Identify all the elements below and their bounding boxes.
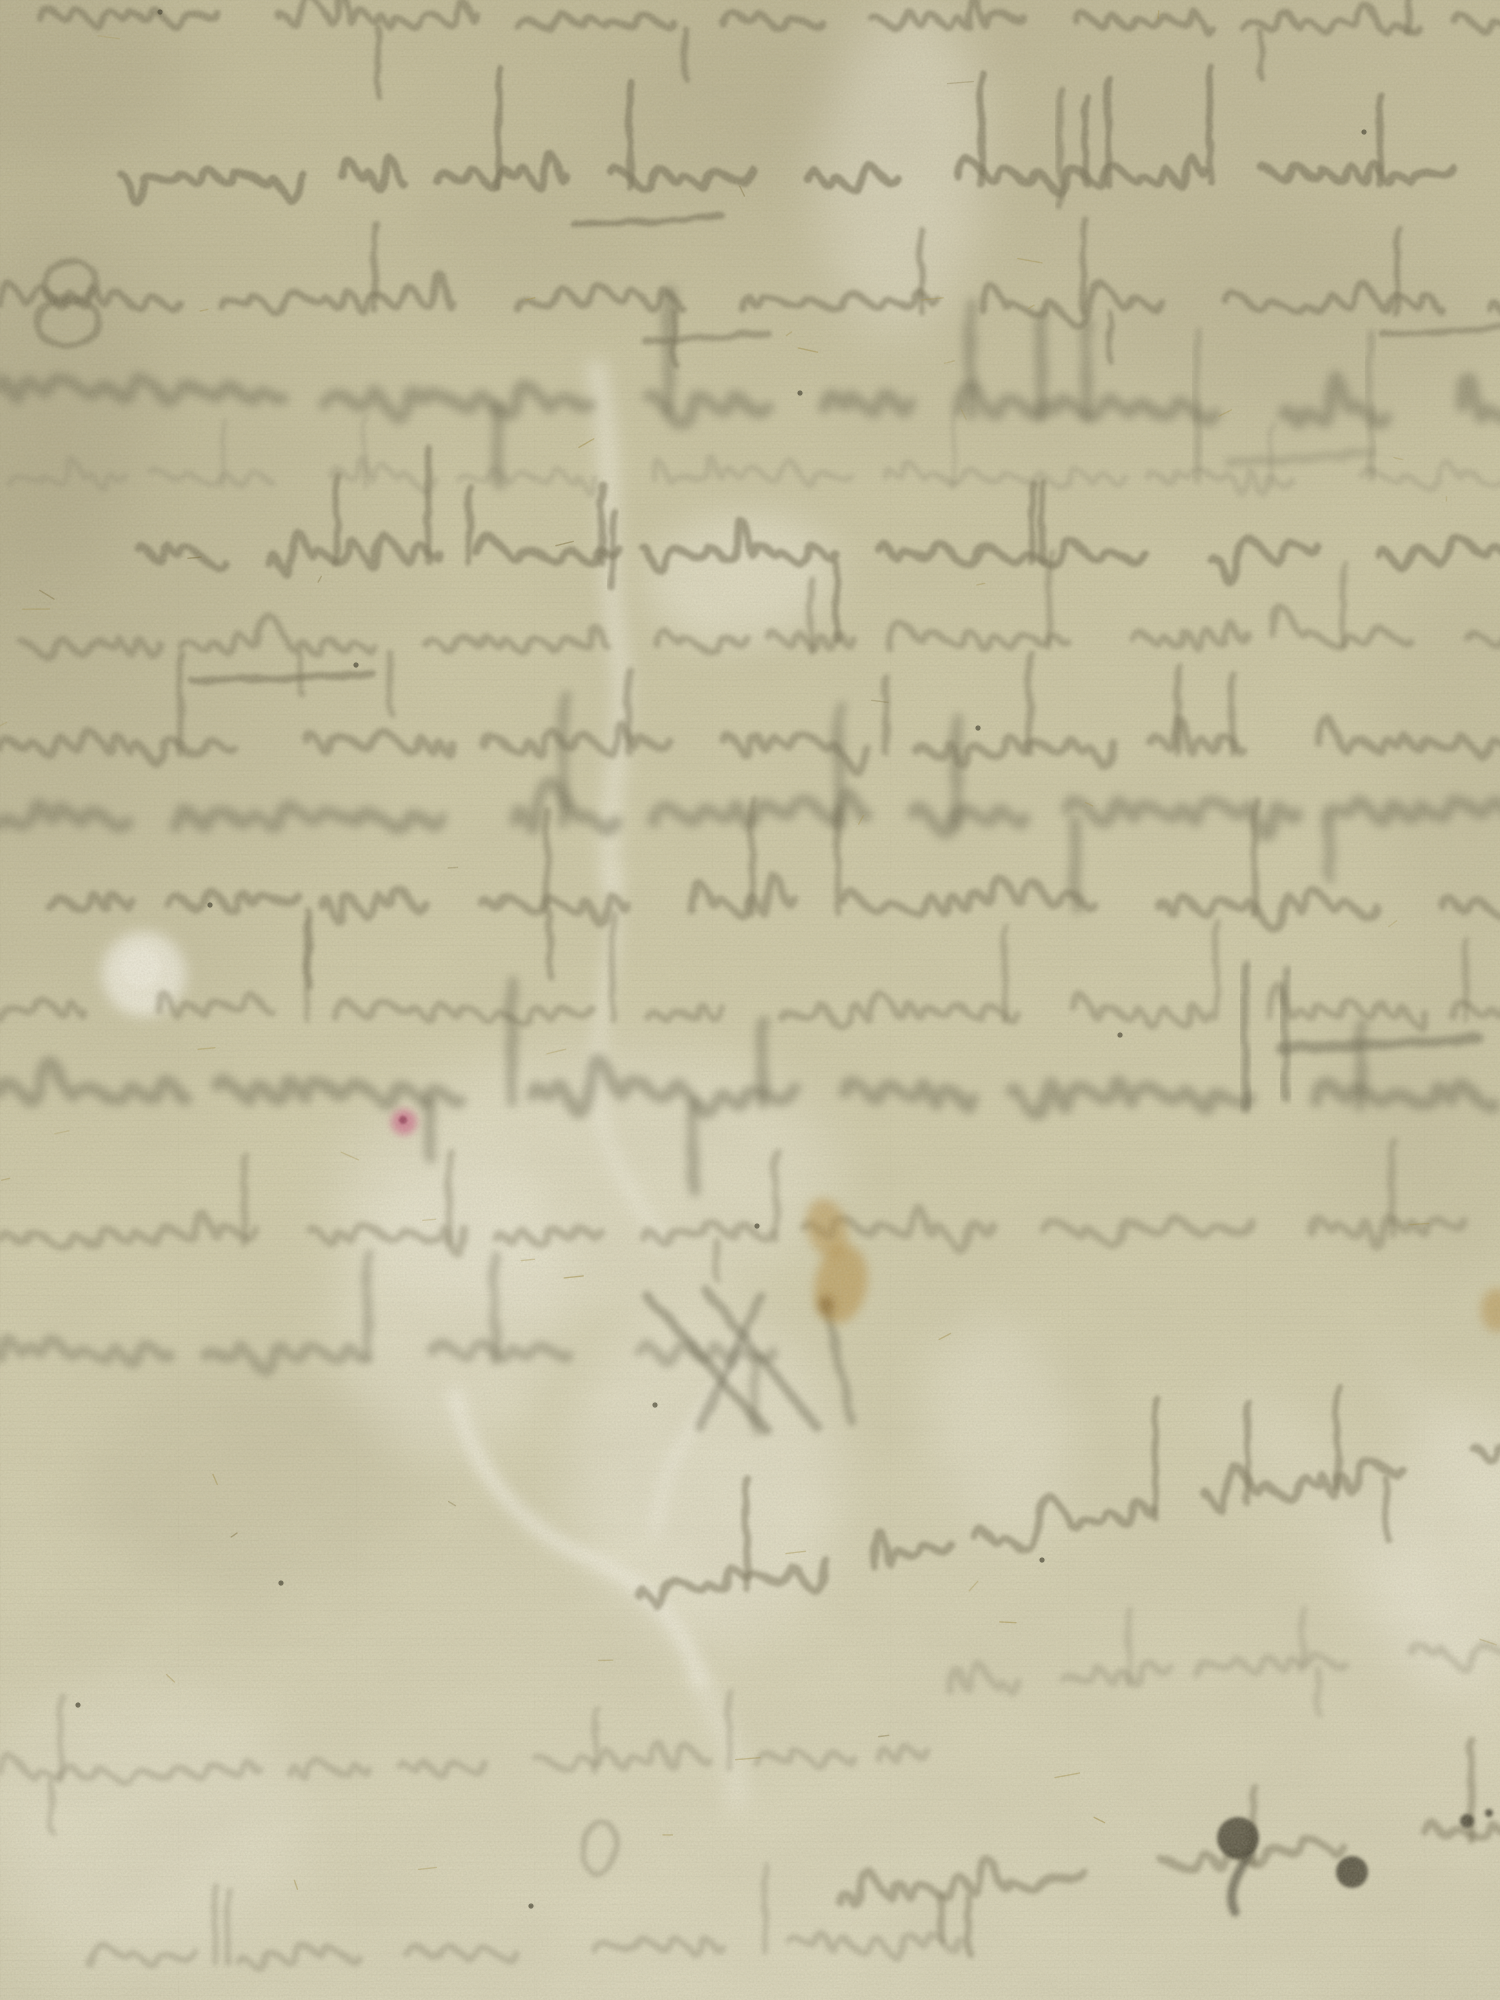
grain-layer	[0, 0, 1500, 2000]
manuscript-photo	[0, 0, 1500, 2000]
manuscript-render	[0, 0, 1500, 2000]
